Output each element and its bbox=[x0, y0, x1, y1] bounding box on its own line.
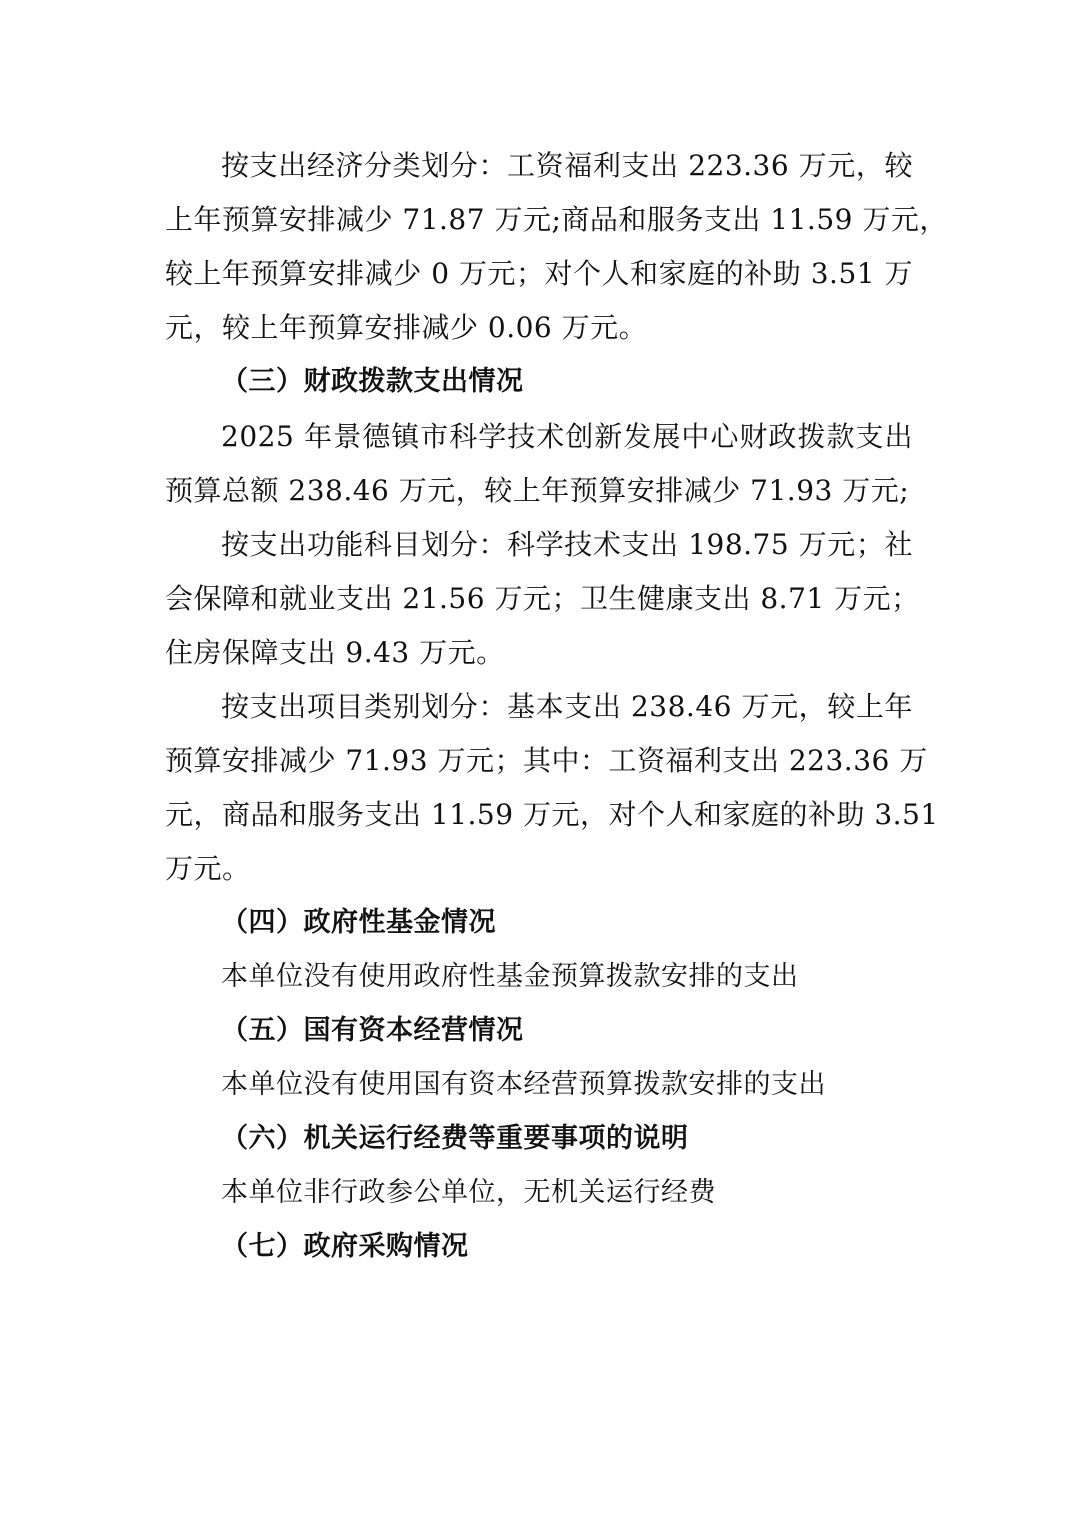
statement-government-funds: 本单位没有使用政府性基金预算拨款安排的支出 bbox=[221, 957, 969, 997]
paragraph-project-category-line-3: 元，商品和服务支出 11.59 万元，对个人和家庭的补助 3.51 bbox=[165, 795, 913, 835]
section-heading-government-funds: （四）政府性基金情况 bbox=[221, 903, 969, 943]
section-heading-operating-expenses: （六）机关运行经费等重要事项的说明 bbox=[221, 1119, 969, 1159]
paragraph-fiscal-total-line-1: 2025 年景德镇市科学技术创新发展中心财政拨款支出 bbox=[221, 417, 913, 457]
paragraph-project-category-line-2: 预算安排减少 71.93 万元；其中：工资福利支出 223.36 万 bbox=[165, 741, 913, 781]
section-heading-state-capital: （五）国有资本经营情况 bbox=[221, 1011, 969, 1051]
paragraph-economic-classification-line-2: 上年预算安排减少 71.87 万元;商品和服务支出 11.59 万元， bbox=[165, 200, 913, 240]
paragraph-project-category-line-1: 按支出项目类别划分：基本支出 238.46 万元，较上年 bbox=[221, 687, 913, 727]
paragraph-functional-classification-line-3: 住房保障支出 9.43 万元。 bbox=[165, 633, 913, 673]
statement-state-capital: 本单位没有使用国有资本经营预算拨款安排的支出 bbox=[221, 1065, 969, 1105]
paragraph-fiscal-total-line-2: 预算总额 238.46 万元，较上年预算安排减少 71.93 万元; bbox=[165, 471, 913, 511]
statement-operating-expenses: 本单位非行政参公单位，无机关运行经费 bbox=[221, 1173, 969, 1213]
paragraph-project-category-line-4: 万元。 bbox=[165, 849, 913, 889]
paragraph-functional-classification-line-2: 会保障和就业支出 21.56 万元；卫生健康支出 8.71 万元； bbox=[165, 579, 913, 619]
paragraph-economic-classification-line-4: 元，较上年预算安排减少 0.06 万元。 bbox=[165, 308, 913, 348]
section-heading-government-procurement: （七）政府采购情况 bbox=[221, 1227, 969, 1267]
paragraph-economic-classification-line-1: 按支出经济分类划分：工资福利支出 223.36 万元，较 bbox=[221, 146, 913, 186]
section-heading-fiscal-appropriation: （三）财政拨款支出情况 bbox=[221, 362, 969, 402]
paragraph-economic-classification-line-3: 较上年预算安排减少 0 万元；对个人和家庭的补助 3.51 万 bbox=[165, 254, 913, 294]
paragraph-functional-classification-line-1: 按支出功能科目划分：科学技术支出 198.75 万元；社 bbox=[221, 525, 913, 565]
